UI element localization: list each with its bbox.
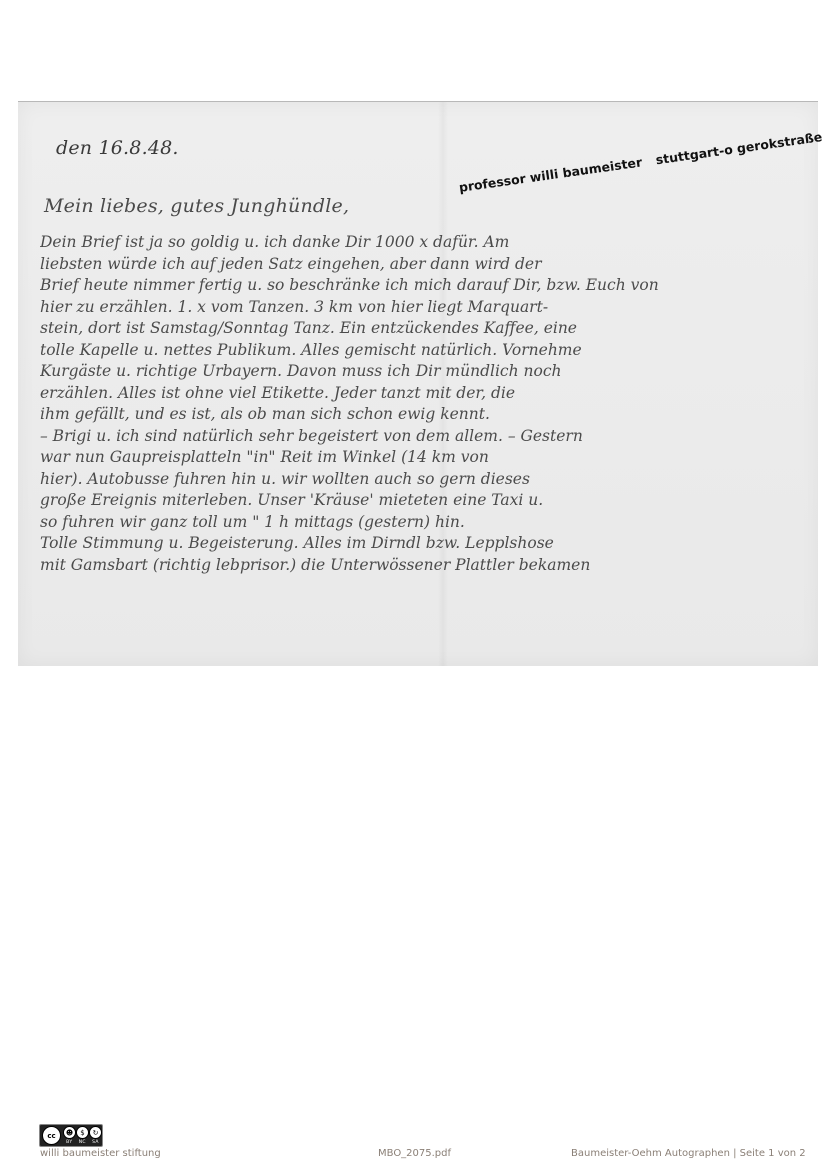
letter-line: Dein Brief ist ja so goldig u. ich danke… [40,232,820,254]
letter-line: stein, dort ist Samstag/Sonntag Tanz. Ei… [40,318,820,340]
letter-greeting: Mein liebes, gutes Junghündle, [44,195,349,217]
footer-filename: MBO_2075.pdf [378,1148,451,1159]
scanned-letter: den 16.8.48. professor willi baumeisters… [18,101,818,666]
letter-line: hier zu erzählen. 1. x vom Tanzen. 3 km … [40,297,820,319]
cc-icon: cc [42,1126,61,1145]
letter-line: so fuhren wir ganz toll um " 1 h mittags… [40,512,820,534]
letter-line: war nun Gaupreisplatteln "in" Reit im Wi… [40,447,820,469]
attribution-icon: ☻ [63,1126,76,1139]
noncommercial-icon: $ [76,1126,89,1139]
letter-line: liebsten würde ich auf jeden Satz eingeh… [40,254,820,276]
letter-line: hier). Autobusse fuhren hin u. wir wollt… [40,469,820,491]
letterhead-address: stuttgart-o gerokstraße 39 [655,126,826,167]
letter-date: den 16.8.48. [56,137,179,159]
letter-line: Tolle Stimmung u. Begeisterung. Alles im… [40,533,820,555]
letter-line: erzählen. Alles ist ohne viel Etikette. … [40,383,820,405]
letter-body: Dein Brief ist ja so goldig u. ich danke… [40,232,820,576]
footer-collection-page: Baumeister-Oehm Autographen | Seite 1 vo… [571,1148,806,1159]
letterhead-stamp: professor willi baumeisterstuttgart-o ge… [458,126,826,195]
footer-foundation: willi baumeister stiftung [40,1148,161,1159]
letterhead-name: professor willi baumeister [458,154,643,195]
letter-line: mit Gamsbart (richtig lebprisor.) die Un… [40,555,820,577]
cc-license-badge[interactable]: cc ☻ $ ↻ BY NC SA [39,1124,103,1147]
letter-line: tolle Kapelle u. nettes Publikum. Alles … [40,340,820,362]
letter-line: – Brigi u. ich sind natürlich sehr begei… [40,426,820,448]
sharealike-icon: ↻ [89,1126,102,1139]
letter-line: ihm gefällt, und es ist, als ob man sich… [40,404,820,426]
letter-line: Kurgäste u. richtige Urbayern. Davon mus… [40,361,820,383]
letter-line: große Ereignis miterleben. Unser 'Kräuse… [40,490,820,512]
letter-line: Brief heute nimmer fertig u. so beschrän… [40,275,820,297]
